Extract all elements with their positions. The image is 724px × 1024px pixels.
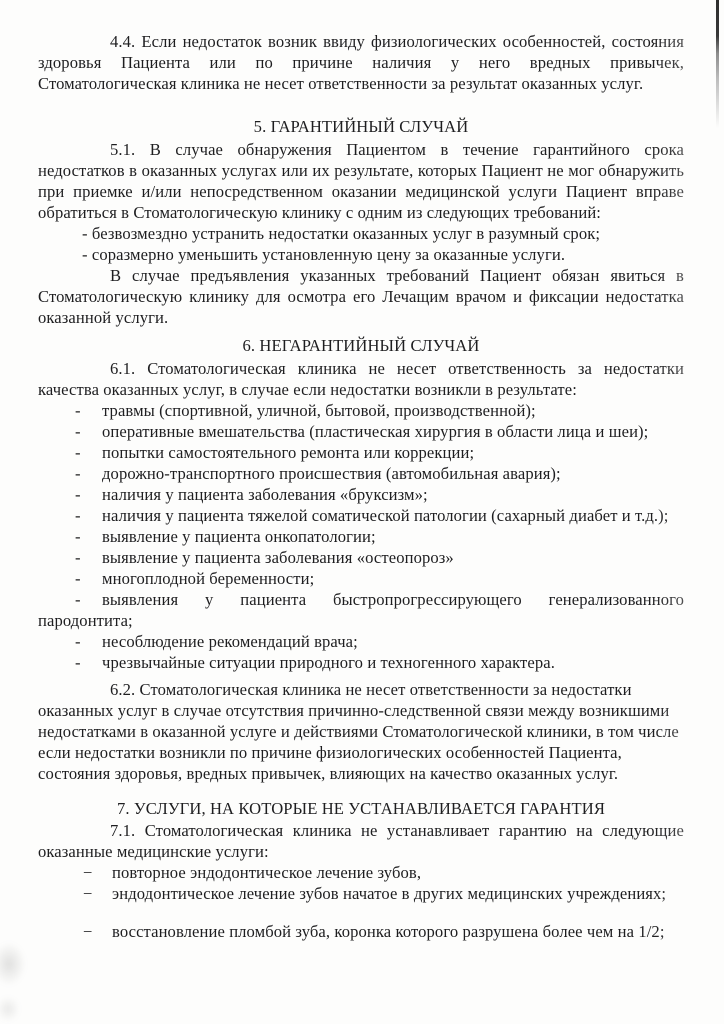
section-5-heading: 5. ГАРАНТИЙНЫЙ СЛУЧАЙ <box>38 116 684 137</box>
scan-edge-artifact <box>716 0 719 128</box>
scan-smudge <box>0 942 26 986</box>
list-item-text: оперативные вмешательства (пластическая … <box>102 422 648 441</box>
list-item: -многоплодной беременности; <box>38 568 684 589</box>
list-item-text: повторное эндодонтическое лечение зубов, <box>112 863 421 882</box>
list-item-demand: - безвозмездно устранить недостатки оказ… <box>38 223 684 244</box>
list-item: -оперативные вмешательства (пластическая… <box>38 421 684 442</box>
bullet-dash: − <box>83 883 112 904</box>
list-item: -выявление у пациента заболевания «остео… <box>38 547 684 568</box>
paragraph-6-2: 6.2. Стоматологическая клиника не несет … <box>38 679 684 784</box>
bullet-dash: - <box>75 631 102 652</box>
paragraph-5-closing: В случае предъявления указанных требован… <box>38 265 684 328</box>
bullet-dash: - <box>75 568 102 589</box>
list-item-text: эндодонтическое лечение зубов начатое в … <box>112 884 666 903</box>
bullet-dash: - <box>75 463 102 484</box>
list-item: -наличия у пациента заболевания «бруксиз… <box>38 484 684 505</box>
bullet-dash: - <box>75 526 102 547</box>
document-content: 4.4. Если недостаток возник ввиду физиол… <box>38 31 684 942</box>
bullet-dash: - <box>75 421 102 442</box>
list-item-text: попытки самостоятельного ремонта или кор… <box>102 443 474 462</box>
list-item: -выявления у пациента быстропрогрессирую… <box>38 589 684 631</box>
list-item: -попытки самостоятельного ремонта или ко… <box>38 442 684 463</box>
list-item-text: выявление у пациента заболевания «остеоп… <box>102 548 454 567</box>
scanned-document-page: 4.4. Если недостаток возник ввиду физиол… <box>0 0 724 1024</box>
list-item-text: дорожно-транспортного происшествия (авто… <box>102 464 561 483</box>
bullet-dash: - <box>75 442 102 463</box>
bullet-dash: - <box>75 400 102 421</box>
bullet-dash: - <box>75 484 102 505</box>
list-item-text: выявления у пациента быстропрогрессирующ… <box>38 590 684 630</box>
bullet-dash: - <box>75 652 102 673</box>
bullet-dash: − <box>83 921 112 942</box>
bullet-dash: - <box>75 547 102 568</box>
paragraph-6-1: 6.1. Стоматологическая клиника не несет … <box>38 358 684 400</box>
list-item: -дорожно-транспортного происшествия (авт… <box>38 463 684 484</box>
bullet-dash: − <box>83 862 112 883</box>
list-item-text: несоблюдение рекомендаций врача; <box>102 632 358 651</box>
list-item-text: наличия у пациента тяжелой соматической … <box>102 506 669 525</box>
list-item-demand: - соразмерно уменьшить установленную цен… <box>38 244 684 265</box>
list-item-text: наличия у пациента заболевания «бруксизм… <box>102 485 428 504</box>
list-item: −повторное эндодонтическое лечение зубов… <box>38 862 684 883</box>
list-item: -чрезвычайные ситуации природного и техн… <box>38 652 684 673</box>
section-7-heading: 7. УСЛУГИ, НА КОТОРЫЕ НЕ УСТАНАВЛИВАЕТСЯ… <box>38 798 684 819</box>
list-item-text: многоплодной беременности; <box>102 569 314 588</box>
bullet-dash: - <box>75 505 102 526</box>
list-item-text: выявление у пациента онкопатологии; <box>102 527 376 546</box>
bullet-dash: - <box>75 589 102 610</box>
list-item: -несоблюдение рекомендаций врача; <box>38 631 684 652</box>
paragraph-5-1: 5.1. В случае обнаружения Пациентом в те… <box>38 139 684 223</box>
list-item: -травмы (спортивной, уличной, бытовой, п… <box>38 400 684 421</box>
list-item: −восстановление пломбой зуба, коронка ко… <box>38 921 684 942</box>
list-item: −эндодонтическое лечение зубов начатое в… <box>38 883 684 904</box>
paragraph-7-1: 7.1. Стоматологическая клиника не устана… <box>38 820 684 862</box>
section-6-heading: 6. НЕГАРАНТИЙНЫЙ СЛУЧАЙ <box>38 335 684 356</box>
list-item: -выявление у пациента онкопатологии; <box>38 526 684 547</box>
list-item-text: травмы (спортивной, уличной, бытовой, пр… <box>102 401 536 420</box>
list-item: -наличия у пациента тяжелой соматической… <box>38 505 684 526</box>
scan-smudge <box>0 996 20 1022</box>
list-item-text: восстановление пломбой зуба, коронка кот… <box>112 922 665 941</box>
list-item-text: чрезвычайные ситуации природного и техно… <box>102 653 555 672</box>
paragraph-4-4: 4.4. Если недостаток возник ввиду физиол… <box>38 31 684 94</box>
